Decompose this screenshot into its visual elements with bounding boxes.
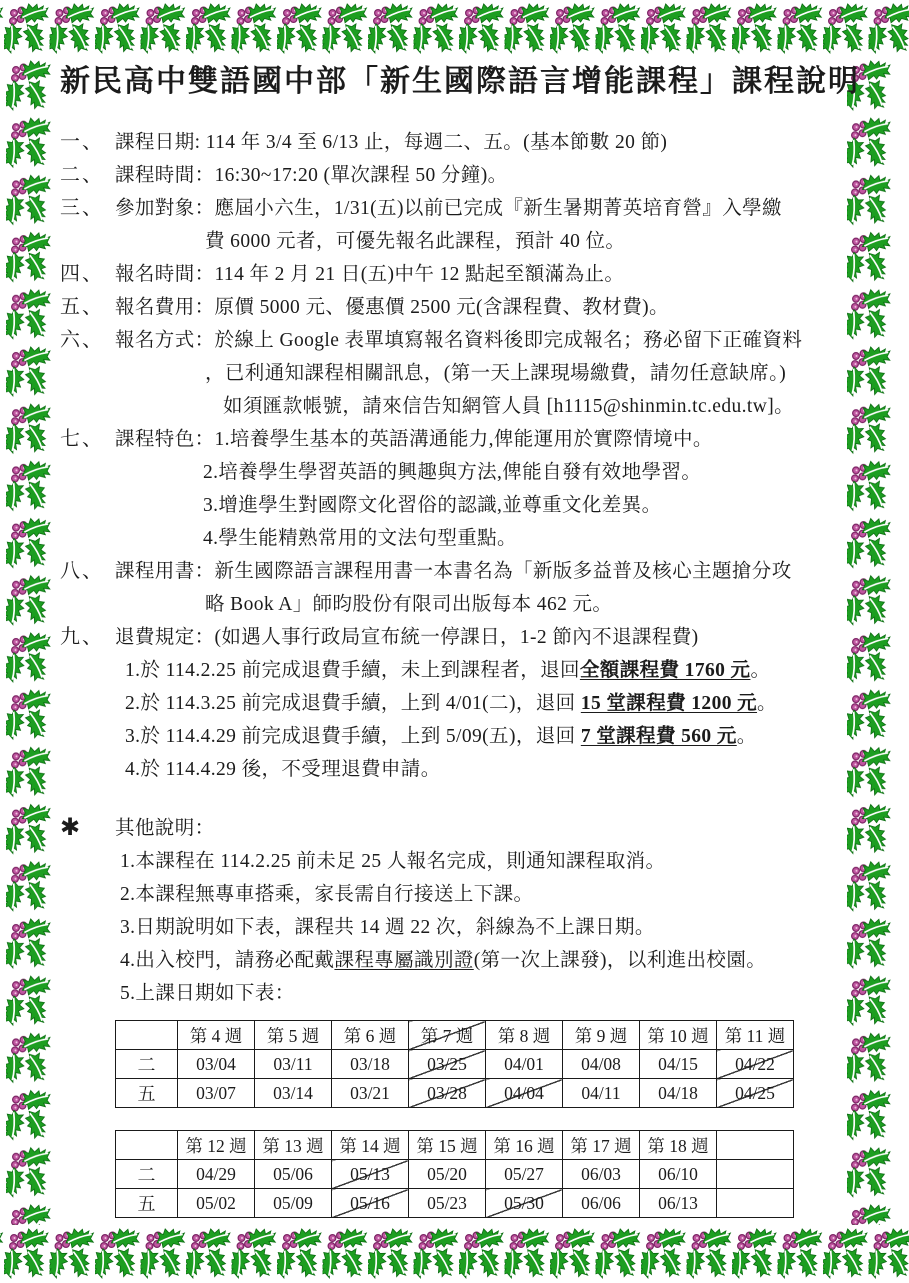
text-line: 3.日期說明如下表，課程共 14 週 22 次，斜線為不上課日期。 [115,911,854,944]
date-cell: 03/11 [255,1050,332,1079]
text-line: 費 6000 元者，可優先報名此課程，預計 40 位。 [115,225,854,258]
date-cell: 06/03 [563,1160,640,1189]
text-segment: 3.增進學生對國際文化習俗的認識,並尊重文化差異。 [203,495,662,516]
schedule-tables: 第 4 週第 5 週第 6 週第 7 週第 8 週第 9 週第 10 週第 11… [115,1020,854,1218]
text-line: 3.增進學生對國際文化習俗的認識,並尊重文化差異。 [115,489,854,522]
numbered-item-list: 一、課程日期: 114 年 3/4 至 6/13 止，每週二、五。(基本節數 2… [60,126,854,786]
item-content: 報名方式：於線上 Google 表單填寫報名資料後即完成報名；務必留下正確資料，… [115,324,854,423]
date-cell: 05/09 [255,1189,332,1218]
date-cell: 05/02 [178,1189,255,1218]
item-marker: 四、 [60,258,115,291]
item-content: 退費規定：(如遇人事行政局宣布統一停課日，1-2 節內不退課程費)1.於 114… [115,621,854,786]
list-item: 三、參加對象：應屆小六生，1/31(五)以前已完成『新生暑期菁英培育營』入學繳費… [60,192,854,258]
text-segment: 全額課程費 1760 元 [580,660,751,681]
table-header-cell: 第 4 週 [178,1021,255,1050]
item-content: 報名時間：114 年 2 月 21 日(五)中午 12 點起至額滿為止。 [115,258,854,291]
text-segment: 2.於 114.3.25 前完成退費手續，上到 4/01(二)，退回 [125,693,581,714]
text-segment: 報名方式：於線上 Google 表單填寫報名資料後即完成報名；務必留下正確資料 [115,330,802,351]
text-line: 4.於 114.4.29 後，不受理退費申請。 [115,753,854,786]
asterisk-marker: ✱ [60,812,115,845]
text-segment: 4.於 114.4.29 後，不受理退費申請。 [125,759,441,780]
text-segment: 3.日期說明如下表，課程共 14 週 22 次，斜線為不上課日期。 [120,917,655,938]
schedule-table-2: 第 12 週第 13 週第 14 週第 15 週第 16 週第 17 週第 18… [115,1130,794,1218]
list-item: 六、報名方式：於線上 Google 表單填寫報名資料後即完成報名；務必留下正確資… [60,324,854,423]
notes-item: ✱其他說明：1.本課程在 114.2.25 前未足 25 人報名完成，則通知課程… [60,812,854,1010]
date-cell: 05/13 [332,1160,409,1189]
date-cell: 06/06 [563,1189,640,1218]
date-cell: 04/25 [717,1079,794,1108]
date-cell: 04/11 [563,1079,640,1108]
table-header-cell [116,1021,178,1050]
table-header-cell: 第 17 週 [563,1131,640,1160]
date-cell: 05/06 [255,1160,332,1189]
text-segment: ，已利通知課程相關訊息，(第一天上課現場繳費，請勿任意缺席。) [205,363,786,384]
item-marker: 八、 [60,555,115,588]
text-segment: 4.出入校門，請務必配戴 [120,950,334,971]
text-segment: 費 6000 元者，可優先報名此課程，預計 40 位。 [205,231,625,252]
notes-content: 其他說明：1.本課程在 114.2.25 前未足 25 人報名完成，則通知課程取… [115,812,854,1010]
text-segment: 如須匯款帳號，請來信告知網管人員 [h1115@shinmin.tc.edu.t… [223,396,794,417]
text-line: 參加對象：應屆小六生，1/31(五)以前已完成『新生暑期菁英培育營』入學繳 [115,192,854,225]
list-item: 七、課程特色：1.培養學生基本的英語溝通能力,俾能運用於實際情境中。2.培養學生… [60,423,854,555]
text-segment: 課程用書：新生國際語言課程用書一本書名為「新版多益普及核心主題搶分攻 [115,561,792,582]
table-header-cell: 第 15 週 [409,1131,486,1160]
text-line: 課程特色：1.培養學生基本的英語溝通能力,俾能運用於實際情境中。 [115,423,854,456]
item-marker: 三、 [60,192,115,225]
text-line: 2.於 114.3.25 前完成退費手續，上到 4/01(二)，退回 15 堂課… [115,687,854,720]
text-line: 2.本課程無專車搭乘，家長需自行接送上下課。 [115,878,854,911]
table-header-cell: 第 12 週 [178,1131,255,1160]
item-marker: 九、 [60,621,115,654]
table-row: 二03/0403/1103/1803/2504/0104/0804/1504/2… [116,1050,794,1079]
text-line: 報名方式：於線上 Google 表單填寫報名資料後即完成報名；務必留下正確資料 [115,324,854,357]
text-line: 如須匯款帳號，請來信告知網管人員 [h1115@shinmin.tc.edu.t… [115,390,854,423]
text-line: ，已利通知課程相關訊息，(第一天上課現場繳費，請勿任意缺席。) [115,357,854,390]
item-content: 參加對象：應屆小六生，1/31(五)以前已完成『新生暑期菁英培育營』入學繳費 6… [115,192,854,258]
date-cell: 05/30 [486,1189,563,1218]
table-header-cell: 第 11 週 [717,1021,794,1050]
text-segment: (第一次上課發)，以利進出校園。 [474,950,766,971]
table-header-cell: 第 5 週 [255,1021,332,1050]
text-line: 4.學生能精熟常用的文法句型重點。 [115,522,854,555]
text-segment: 2.培養學生學習英語的興趣與方法,俾能自發有效地學習。 [203,462,701,483]
date-cell: 03/04 [178,1050,255,1079]
text-segment: 課程時間：16:30~17:20 (單次課程 50 分鐘)。 [115,165,508,186]
item-marker: 二、 [60,159,115,192]
list-item: 九、退費規定：(如遇人事行政局宣布統一停課日，1-2 節內不退課程費)1.於 1… [60,621,854,786]
date-cell: 05/16 [332,1189,409,1218]
text-segment: 4.學生能精熟常用的文法句型重點。 [203,528,517,549]
date-cell: 05/27 [486,1160,563,1189]
text-line: 3.於 114.4.29 前完成退費手續，上到 5/09(五)，退回 7 堂課程… [115,720,854,753]
text-segment: 課程日期: 114 年 3/4 至 6/13 止，每週二、五。(基本節數 20 … [115,132,667,153]
row-label-cell: 二 [116,1160,178,1189]
item-content: 課程特色：1.培養學生基本的英語溝通能力,俾能運用於實際情境中。2.培養學生學習… [115,423,854,555]
date-cell: 06/10 [640,1160,717,1189]
date-cell: 03/18 [332,1050,409,1079]
item-content: 課程用書：新生國際語言課程用書一本書名為「新版多益普及核心主題搶分攻略 Book… [115,555,854,621]
date-cell: 03/28 [409,1079,486,1108]
course-notice-document: 新民高中雙語國中部「新生國際語言增能課程」課程說明 一、課程日期: 114 年 … [60,44,854,1240]
text-segment: 。 [737,726,757,747]
date-cell: 04/08 [563,1050,640,1079]
item-marker: 七、 [60,423,115,456]
text-segment: 退費規定：(如遇人事行政局宣布統一停課日，1-2 節內不退課程費) [115,627,699,648]
table-row: 五03/0703/1403/2103/2804/0404/1104/1804/2… [116,1079,794,1108]
item-marker: 一、 [60,126,115,159]
date-cell: 03/14 [255,1079,332,1108]
date-cell [717,1189,794,1218]
text-segment: 7 堂課程費 560 元 [581,726,737,747]
table-header-cell: 第 10 週 [640,1021,717,1050]
date-cell: 04/18 [640,1079,717,1108]
table-header-cell: 第 6 週 [332,1021,409,1050]
text-segment: 課程專屬識別證 [334,950,473,971]
text-segment: 1.本課程在 114.2.25 前未足 25 人報名完成，則通知課程取消。 [120,851,665,872]
table-header-cell: 第 16 週 [486,1131,563,1160]
date-cell: 06/13 [640,1189,717,1218]
date-cell: 03/07 [178,1079,255,1108]
row-label-cell: 二 [116,1050,178,1079]
text-segment: 報名費用：原價 5000 元、優惠價 2500 元(含課程費、教材費)。 [115,297,669,318]
date-cell: 03/21 [332,1079,409,1108]
table-header-cell [717,1131,794,1160]
item-content: 課程日期: 114 年 3/4 至 6/13 止，每週二、五。(基本節數 20 … [115,126,854,159]
text-segment: 1.於 114.2.25 前完成退費手續，未上到課程者，退回 [125,660,580,681]
text-line: 課程日期: 114 年 3/4 至 6/13 止，每週二、五。(基本節數 20 … [115,126,854,159]
date-cell: 04/15 [640,1050,717,1079]
table-header-cell: 第 7 週 [409,1021,486,1050]
text-segment: 課程特色：1.培養學生基本的英語溝通能力,俾能運用於實際情境中。 [115,429,713,450]
list-item: 五、報名費用：原價 5000 元、優惠價 2500 元(含課程費、教材費)。 [60,291,854,324]
date-cell: 03/25 [409,1050,486,1079]
text-line: 課程用書：新生國際語言課程用書一本書名為「新版多益普及核心主題搶分攻 [115,555,854,588]
text-line: 4.出入校門，請務必配戴課程專屬識別證(第一次上課發)，以利進出校園。 [115,944,854,977]
text-line: 略 Book A」師昀股份有限司出版每本 462 元。 [115,588,854,621]
row-label-cell: 五 [116,1079,178,1108]
text-segment: 2.本課程無專車搭乘，家長需自行接送上下課。 [120,884,533,905]
item-marker: 五、 [60,291,115,324]
text-segment: 15 堂課程費 1200 元 [581,693,757,714]
text-line: 1.於 114.2.25 前完成退費手續，未上到課程者，退回全額課程費 1760… [115,654,854,687]
text-line: 退費規定：(如遇人事行政局宣布統一停課日，1-2 節內不退課程費) [115,621,854,654]
table-header-cell [116,1131,178,1160]
text-line: 1.本課程在 114.2.25 前未足 25 人報名完成，則通知課程取消。 [115,845,854,878]
text-segment: 報名時間：114 年 2 月 21 日(五)中午 12 點起至額滿為止。 [115,264,624,285]
text-segment: 。 [750,660,770,681]
list-item: 四、報名時間：114 年 2 月 21 日(五)中午 12 點起至額滿為止。 [60,258,854,291]
text-segment: 。 [757,693,777,714]
table-header-cell: 第 14 週 [332,1131,409,1160]
table-header-row: 第 4 週第 5 週第 6 週第 7 週第 8 週第 9 週第 10 週第 11… [116,1021,794,1050]
notes-heading: 其他說明： [115,812,854,845]
text-line: 報名時間：114 年 2 月 21 日(五)中午 12 點起至額滿為止。 [115,258,854,291]
date-cell [717,1160,794,1189]
text-line: 5.上課日期如下表： [115,977,854,1010]
date-cell: 04/04 [486,1079,563,1108]
table-header-cell: 第 8 週 [486,1021,563,1050]
text-segment: 略 Book A」師昀股份有限司出版每本 462 元。 [205,594,612,615]
row-label-cell: 五 [116,1189,178,1218]
list-item: 一、課程日期: 114 年 3/4 至 6/13 止，每週二、五。(基本節數 2… [60,126,854,159]
text-line: 報名費用：原價 5000 元、優惠價 2500 元(含課程費、教材費)。 [115,291,854,324]
schedule-table-1: 第 4 週第 5 週第 6 週第 7 週第 8 週第 9 週第 10 週第 11… [115,1020,794,1108]
table-row: 二04/2905/0605/1305/2005/2706/0306/10 [116,1160,794,1189]
text-segment: 3.於 114.4.29 前完成退費手續，上到 5/09(五)，退回 [125,726,581,747]
list-item: 八、課程用書：新生國際語言課程用書一本書名為「新版多益普及核心主題搶分攻略 Bo… [60,555,854,621]
item-content: 課程時間：16:30~17:20 (單次課程 50 分鐘)。 [115,159,854,192]
item-marker: 六、 [60,324,115,357]
other-notes-section: ✱其他說明：1.本課程在 114.2.25 前未足 25 人報名完成，則通知課程… [60,812,854,1010]
table-row: 五05/0205/0905/1605/2305/3006/0606/13 [116,1189,794,1218]
date-cell: 04/22 [717,1050,794,1079]
date-cell: 05/23 [409,1189,486,1218]
list-item: 二、課程時間：16:30~17:20 (單次課程 50 分鐘)。 [60,159,854,192]
date-cell: 05/20 [409,1160,486,1189]
item-content: 報名費用：原價 5000 元、優惠價 2500 元(含課程費、教材費)。 [115,291,854,324]
text-segment: 參加對象：應屆小六生，1/31(五)以前已完成『新生暑期菁英培育營』入學繳 [115,198,782,219]
table-header-row: 第 12 週第 13 週第 14 週第 15 週第 16 週第 17 週第 18… [116,1131,794,1160]
date-cell: 04/01 [486,1050,563,1079]
table-header-cell: 第 18 週 [640,1131,717,1160]
text-segment: 5.上課日期如下表： [120,983,295,1004]
table-header-cell: 第 13 週 [255,1131,332,1160]
date-cell: 04/29 [178,1160,255,1189]
text-line: 課程時間：16:30~17:20 (單次課程 50 分鐘)。 [115,159,854,192]
table-header-cell: 第 9 週 [563,1021,640,1050]
text-line: 2.培養學生學習英語的興趣與方法,俾能自發有效地學習。 [115,456,854,489]
page-title: 新民高中雙語國中部「新生國際語言增能課程」課程說明 [60,56,854,100]
